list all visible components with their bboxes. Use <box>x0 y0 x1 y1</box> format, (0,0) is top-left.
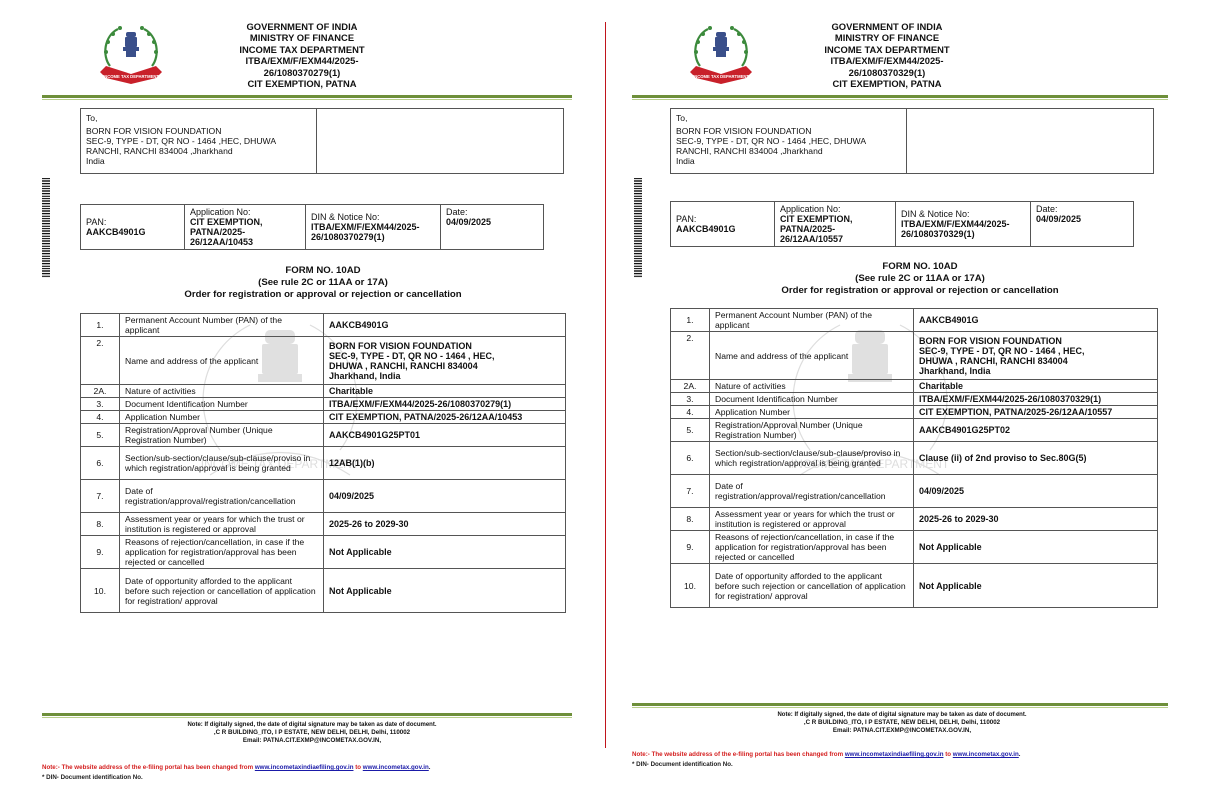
row-value-line: BORN FOR VISION FOUNDATION <box>919 336 1152 346</box>
row-value-line: SEC-9, TYPE - DT, QR NO - 1464 , HEC, <box>919 346 1152 356</box>
row-value: ITBA/EXM/F/EXM44/2025-26/1080370329(1) <box>914 393 1158 406</box>
row-number: 5. <box>81 424 120 447</box>
row-description: Date of registration/approval/registrati… <box>120 480 324 513</box>
din-footnote: * DIN- Document identification No. <box>42 774 143 781</box>
row-value: Charitable <box>914 380 1158 393</box>
table-row: 2.Name and address of the applicantBORN … <box>671 332 1158 380</box>
table-row: 1.Permanent Account Number (PAN) of the … <box>81 314 566 337</box>
footer-note-block: Note: If digitally signed, the date of d… <box>42 721 582 745</box>
row-description: Name and address of the applicant <box>710 332 914 380</box>
table-row: 5.Registration/Approval Number (Unique R… <box>81 424 566 447</box>
recipient-address-line2: RANCHI, RANCHI 834004 ,Jharkhand <box>86 146 311 156</box>
application-no-label: Application No: <box>190 207 300 217</box>
header-din-part2: 26/1080370329(1) <box>782 67 992 78</box>
row-number: 6. <box>671 442 710 475</box>
header-din-part2: 26/1080370279(1) <box>197 67 407 78</box>
row-value: BORN FOR VISION FOUNDATIONSEC-9, TYPE - … <box>914 332 1158 380</box>
application-no-value-2: PATNA/2025- <box>190 227 300 237</box>
row-description: Reasons of rejection/cancellation, in ca… <box>710 531 914 564</box>
row-value-line: DHUWA , RANCHI, RANCHI 834004 <box>329 361 560 371</box>
header-rule <box>632 95 1168 101</box>
table-row: 9.Reasons of rejection/cancellation, in … <box>81 536 566 569</box>
header-din-part1: ITBA/EXM/F/EXM44/2025- <box>782 55 992 66</box>
table-row: 2.Name and address of the applicantBORN … <box>81 337 566 385</box>
header-ministry: MINISTRY OF FINANCE <box>782 32 992 43</box>
recipient-address-cell: To, BORN FOR VISION FOUNDATION SEC-9, TY… <box>671 109 907 174</box>
row-number: 8. <box>671 508 710 531</box>
row-number: 2. <box>671 332 710 380</box>
office-address: ,C R BUILDING_ITO, I P ESTATE, NEW DELHI… <box>42 729 582 737</box>
application-no-value-1: CIT EXEMPTION, <box>780 214 890 224</box>
row-value: 2025-26 to 2029-30 <box>324 513 566 536</box>
date-value: 04/09/2025 <box>446 217 538 227</box>
row-description: Application Number <box>120 411 324 424</box>
income-tax-department-emblem-icon: INCOME TAX DEPARTMENT <box>96 22 166 86</box>
order-details-table: 1.Permanent Account Number (PAN) of the … <box>80 313 566 613</box>
portal-note-end: . <box>1019 751 1021 758</box>
portal-note-to: to <box>353 764 362 771</box>
din-value-1: ITBA/EXM/F/EXM44/2025- <box>901 219 1025 229</box>
office-email: Email: PATNA.CIT.EXMP@INCOMETAX.GOV.IN, <box>42 737 582 745</box>
header-government: GOVERNMENT OF INDIA <box>782 21 992 32</box>
row-number: 5. <box>671 419 710 442</box>
portal-note-text: Note:- The website address of the e-fili… <box>42 764 255 771</box>
din-value-2: 26/1080370329(1) <box>901 229 1025 239</box>
recipient-country: India <box>86 156 311 166</box>
row-number: 8. <box>81 513 120 536</box>
pan-label: PAN: <box>676 214 769 224</box>
row-description: Date of registration/approval/registrati… <box>710 475 914 508</box>
pan-cell: PAN: AAKCB4901G <box>671 202 775 247</box>
svg-text:INCOME TAX DEPARTMENT: INCOME TAX DEPARTMENT <box>693 74 749 79</box>
recipient-blank-cell <box>907 109 1154 174</box>
recipient-address-line1: SEC-9, TYPE - DT, QR NO - 1464 ,HEC, DHU… <box>86 136 311 146</box>
row-number: 6. <box>81 447 120 480</box>
table-row: 2A.Nature of activitiesCharitable <box>81 385 566 398</box>
row-description: Date of opportunity afforded to the appl… <box>710 564 914 608</box>
table-row: 4.Application NumberCIT EXEMPTION, PATNA… <box>671 406 1158 419</box>
row-number: 2A. <box>671 380 710 393</box>
row-description: Document Identification Number <box>710 393 914 406</box>
portal-change-note: Note:- The website address of the e-fili… <box>42 764 431 772</box>
row-number: 2. <box>81 337 120 385</box>
row-description: Registration/Approval Number (Unique Reg… <box>120 424 324 447</box>
recipient-box: To, BORN FOR VISION FOUNDATION SEC-9, TY… <box>670 108 1154 174</box>
table-row: 6.Section/sub-section/clause/sub-clause/… <box>81 447 566 480</box>
row-value: 04/09/2025 <box>914 475 1158 508</box>
row-value: Charitable <box>324 385 566 398</box>
table-row: 10.Date of opportunity afforded to the a… <box>671 564 1158 608</box>
row-number: 4. <box>671 406 710 419</box>
barcode <box>42 178 50 278</box>
row-value: ITBA/EXM/F/EXM44/2025-26/1080370279(1) <box>324 398 566 411</box>
to-label: To, <box>86 113 311 123</box>
application-no-cell: Application No: CIT EXEMPTION, PATNA/202… <box>775 202 896 247</box>
pan-cell: PAN: AAKCB4901G <box>81 205 185 250</box>
svg-text:INCOME TAX DEPARTMENT: INCOME TAX DEPARTMENT <box>103 74 159 79</box>
row-value: AAKCB4901G25PT02 <box>914 419 1158 442</box>
digital-signature-note: Note: If digitally signed, the date of d… <box>632 711 1172 719</box>
footer-rule <box>42 713 572 719</box>
header-office: CIT EXEMPTION, PATNA <box>782 78 992 89</box>
row-value: BORN FOR VISION FOUNDATIONSEC-9, TYPE - … <box>324 337 566 385</box>
row-value: Not Applicable <box>324 536 566 569</box>
row-number: 9. <box>81 536 120 569</box>
header-rule <box>42 95 572 101</box>
row-number: 10. <box>81 569 120 613</box>
row-value: AAKCB4901G <box>914 309 1158 332</box>
form-number: FORM NO. 10AD <box>73 265 573 277</box>
old-portal-link[interactable]: www.incometaxindiaefiling.gov.in <box>845 751 944 758</box>
row-value: 12AB(1)(b) <box>324 447 566 480</box>
table-row: 5.Registration/Approval Number (Unique R… <box>671 419 1158 442</box>
income-tax-department-emblem-icon: INCOME TAX DEPARTMENT <box>686 22 756 86</box>
table-row: 9.Reasons of rejection/cancellation, in … <box>671 531 1158 564</box>
form-heading: Order for registration or approval or re… <box>670 285 1170 297</box>
row-value: CIT EXEMPTION, PATNA/2025-26/12AA/10453 <box>324 411 566 424</box>
date-value: 04/09/2025 <box>1036 214 1128 224</box>
row-number: 7. <box>81 480 120 513</box>
date-label: Date: <box>1036 204 1128 214</box>
table-row: 1.Permanent Account Number (PAN) of the … <box>671 309 1158 332</box>
row-description: Name and address of the applicant <box>120 337 324 385</box>
application-no-value-1: CIT EXEMPTION, <box>190 217 300 227</box>
din-footnote: * DIN- Document identification No. <box>632 761 733 768</box>
document-header: GOVERNMENT OF INDIA MINISTRY OF FINANCE … <box>197 21 407 89</box>
form-title-block: FORM NO. 10AD (See rule 2C or 11AA or 17… <box>670 261 1170 297</box>
row-value: 04/09/2025 <box>324 480 566 513</box>
date-label: Date: <box>446 207 538 217</box>
row-description: Permanent Account Number (PAN) of the ap… <box>120 314 324 337</box>
reference-info-table: PAN: AAKCB4901G Application No: CIT EXEM… <box>80 204 544 250</box>
new-portal-link[interactable]: www.incometax.gov.in <box>953 751 1019 758</box>
office-address: ,C R BUILDING_ITO, I P ESTATE, NEW DELHI… <box>632 719 1172 727</box>
row-number: 1. <box>671 309 710 332</box>
application-no-value-3: 26/12AA/10557 <box>780 234 890 244</box>
form-10ad-page: INCOME TAX DEPARTMENT GOVERNMENT OF INDI… <box>590 0 1190 802</box>
form-title-block: FORM NO. 10AD (See rule 2C or 11AA or 17… <box>73 265 573 301</box>
din-value-1: ITBA/EXM/F/EXM44/2025- <box>311 222 435 232</box>
pan-value: AAKCB4901G <box>86 227 179 237</box>
recipient-name: BORN FOR VISION FOUNDATION <box>86 126 311 136</box>
header-department: INCOME TAX DEPARTMENT <box>782 44 992 55</box>
document-header: GOVERNMENT OF INDIA MINISTRY OF FINANCE … <box>782 21 992 89</box>
recipient-name: BORN FOR VISION FOUNDATION <box>676 126 901 136</box>
form-10ad-page: INCOME TAX DEPARTMENT GOVERNMENT OF INDI… <box>0 0 600 802</box>
row-number: 3. <box>671 393 710 406</box>
pan-value: AAKCB4901G <box>676 224 769 234</box>
row-number: 1. <box>81 314 120 337</box>
row-description: Assessment year or years for which the t… <box>120 513 324 536</box>
table-row: 3.Document Identification NumberITBA/EXM… <box>671 393 1158 406</box>
barcode <box>634 178 642 278</box>
row-description: Nature of activities <box>120 385 324 398</box>
header-din-part1: ITBA/EXM/F/EXM44/2025- <box>197 55 407 66</box>
table-row: 6.Section/sub-section/clause/sub-clause/… <box>671 442 1158 475</box>
table-row: 2A.Nature of activitiesCharitable <box>671 380 1158 393</box>
form-rule-reference: (See rule 2C or 11AA or 17A) <box>73 277 573 289</box>
row-description: Permanent Account Number (PAN) of the ap… <box>710 309 914 332</box>
row-number: 3. <box>81 398 120 411</box>
row-value: CIT EXEMPTION, PATNA/2025-26/12AA/10557 <box>914 406 1158 419</box>
row-number: 7. <box>671 475 710 508</box>
portal-change-note: Note:- The website address of the e-fili… <box>632 751 1021 759</box>
header-ministry: MINISTRY OF FINANCE <box>197 32 407 43</box>
recipient-box: To, BORN FOR VISION FOUNDATION SEC-9, TY… <box>80 108 564 174</box>
row-value-line: Jharkhand, India <box>329 371 560 381</box>
table-row: 10.Date of opportunity afforded to the a… <box>81 569 566 613</box>
din-label: DIN & Notice No: <box>311 212 435 222</box>
table-row: 4.Application NumberCIT EXEMPTION, PATNA… <box>81 411 566 424</box>
office-email: Email: PATNA.CIT.EXMP@INCOMETAX.GOV.IN, <box>632 727 1172 735</box>
header-government: GOVERNMENT OF INDIA <box>197 21 407 32</box>
date-cell: Date: 04/09/2025 <box>1031 202 1134 247</box>
recipient-address-line1: SEC-9, TYPE - DT, QR NO - 1464 ,HEC, DHU… <box>676 136 901 146</box>
row-description: Assessment year or years for which the t… <box>710 508 914 531</box>
to-label: To, <box>676 113 901 123</box>
recipient-address-line2: RANCHI, RANCHI 834004 ,Jharkhand <box>676 146 901 156</box>
table-row: 7.Date of registration/approval/registra… <box>81 480 566 513</box>
recipient-country: India <box>676 156 901 166</box>
application-no-label: Application No: <box>780 204 890 214</box>
portal-note-text: Note:- The website address of the e-fili… <box>632 751 845 758</box>
row-description: Date of opportunity afforded to the appl… <box>120 569 324 613</box>
header-office: CIT EXEMPTION, PATNA <box>197 78 407 89</box>
table-row: 8.Assessment year or years for which the… <box>81 513 566 536</box>
row-value-line: BORN FOR VISION FOUNDATION <box>329 341 560 351</box>
old-portal-link[interactable]: www.incometaxindiaefiling.gov.in <box>255 764 354 771</box>
form-number: FORM NO. 10AD <box>670 261 1170 273</box>
recipient-blank-cell <box>317 109 564 174</box>
row-description: Document Identification Number <box>120 398 324 411</box>
application-no-value-3: 26/12AA/10453 <box>190 237 300 247</box>
application-no-cell: Application No: CIT EXEMPTION, PATNA/202… <box>185 205 306 250</box>
row-description: Reasons of rejection/cancellation, in ca… <box>120 536 324 569</box>
row-value-line: DHUWA , RANCHI, RANCHI 834004 <box>919 356 1152 366</box>
date-cell: Date: 04/09/2025 <box>441 205 544 250</box>
footer-note-block: Note: If digitally signed, the date of d… <box>632 711 1172 735</box>
pan-label: PAN: <box>86 217 179 227</box>
row-value: Not Applicable <box>914 531 1158 564</box>
row-description: Registration/Approval Number (Unique Reg… <box>710 419 914 442</box>
row-value: AAKCB4901G25PT01 <box>324 424 566 447</box>
row-value-line: SEC-9, TYPE - DT, QR NO - 1464 , HEC, <box>329 351 560 361</box>
table-row: 8.Assessment year or years for which the… <box>671 508 1158 531</box>
table-row: 7.Date of registration/approval/registra… <box>671 475 1158 508</box>
reference-info-table: PAN: AAKCB4901G Application No: CIT EXEM… <box>670 201 1134 247</box>
row-number: 10. <box>671 564 710 608</box>
row-value: AAKCB4901G <box>324 314 566 337</box>
digital-signature-note: Note: If digitally signed, the date of d… <box>42 721 582 729</box>
row-value-line: Jharkhand, India <box>919 366 1152 376</box>
form-rule-reference: (See rule 2C or 11AA or 17A) <box>670 273 1170 285</box>
row-description: Section/sub-section/clause/sub-clause/pr… <box>710 442 914 475</box>
row-description: Application Number <box>710 406 914 419</box>
row-description: Section/sub-section/clause/sub-clause/pr… <box>120 447 324 480</box>
table-row: 3.Document Identification NumberITBA/EXM… <box>81 398 566 411</box>
recipient-address-cell: To, BORN FOR VISION FOUNDATION SEC-9, TY… <box>81 109 317 174</box>
din-label: DIN & Notice No: <box>901 209 1025 219</box>
row-value: 2025-26 to 2029-30 <box>914 508 1158 531</box>
row-value: Not Applicable <box>324 569 566 613</box>
portal-note-to: to <box>943 751 952 758</box>
portal-note-end: . <box>429 764 431 771</box>
row-description: Nature of activities <box>710 380 914 393</box>
row-value: Not Applicable <box>914 564 1158 608</box>
order-details-table: 1.Permanent Account Number (PAN) of the … <box>670 308 1158 608</box>
din-value-2: 26/1080370279(1) <box>311 232 435 242</box>
din-cell: DIN & Notice No: ITBA/EXM/F/EXM44/2025- … <box>306 205 441 250</box>
din-cell: DIN & Notice No: ITBA/EXM/F/EXM44/2025- … <box>896 202 1031 247</box>
new-portal-link[interactable]: www.incometax.gov.in <box>363 764 429 771</box>
footer-rule <box>632 703 1168 709</box>
row-value: Clause (ii) of 2nd proviso to Sec.80G(5) <box>914 442 1158 475</box>
application-no-value-2: PATNA/2025- <box>780 224 890 234</box>
row-number: 2A. <box>81 385 120 398</box>
form-heading: Order for registration or approval or re… <box>73 289 573 301</box>
row-number: 4. <box>81 411 120 424</box>
row-number: 9. <box>671 531 710 564</box>
header-department: INCOME TAX DEPARTMENT <box>197 44 407 55</box>
